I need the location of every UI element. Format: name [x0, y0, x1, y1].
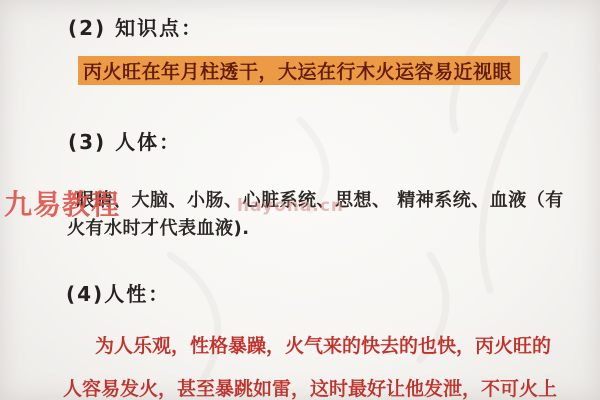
heading-knowledge-point: (2) 知识点： — [68, 12, 203, 41]
document-page: (2) 知识点： 丙火旺在年月柱透干，大运在行木火运容易近视眼 (3) 人体： … — [0, 0, 600, 400]
heading-personality: (4)人性： — [66, 278, 170, 307]
personality-red-line2: 人容易发火，甚至暴跳如雷，这时最好让他发泄，不可火上 — [63, 374, 557, 400]
heading-human-body: (3) 人体： — [68, 126, 181, 155]
highlighted-key-sentence: 丙火旺在年月柱透干，大运在行木火运容易近视眼 — [78, 56, 520, 85]
personality-red-line1: 为人乐观，性格暴躁，火气来的快去的也快，丙火旺的 — [95, 331, 551, 358]
highlight-text: 丙火旺在年月柱透干，大运在行木火运容易近视眼 — [83, 57, 512, 84]
brand-watermark: 九易教程 — [4, 183, 120, 223]
site-watermark: hayona.cn — [237, 196, 344, 216]
